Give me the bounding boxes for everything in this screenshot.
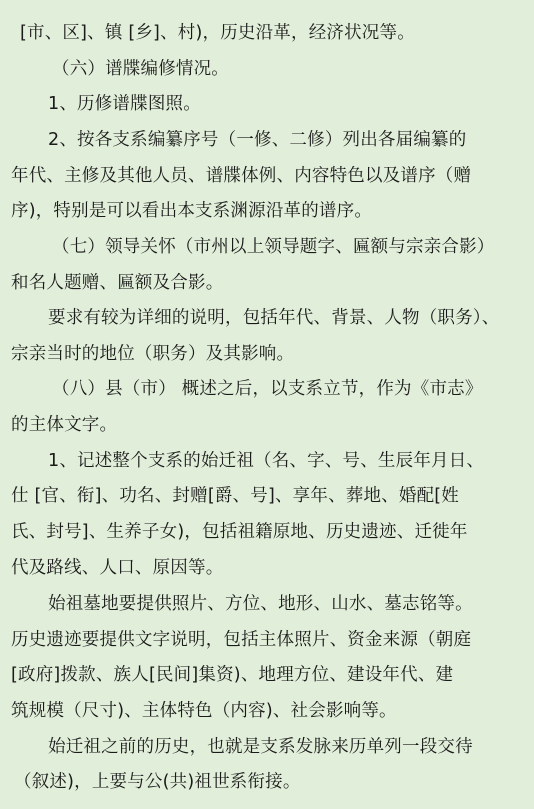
text-line: 代及路线、人口、原因等。 xyxy=(11,557,223,579)
document-page: [市、区]、镇 [乡]、村)，历史沿革，经济状况等。 （六）谱牒编修情况。 1、… xyxy=(0,0,534,809)
text-line: 仕 [官、衔]、功名、封赠[爵、号]、享年、葬地、婚配[姓 xyxy=(11,485,459,507)
section-heading-7: （七）领导关怀（市州以上领导题字、匾额与宗亲合影） xyxy=(52,236,495,258)
paragraph-line: 始迁祖之前的历史，也就是支系发脉来历单列一段交待 xyxy=(48,736,473,758)
text-line: 年代、主修及其他人员、谱牒体例、内容特色以及谱序（赠 xyxy=(11,165,471,187)
text-line: 和名人题赠、匾额及合影。 xyxy=(11,272,223,294)
paragraph-line: 要求有较为详细的说明，包括年代、背景、人物（职务）、 xyxy=(48,307,499,329)
list-item: 1、记述整个支系的始迁祖（名、字、号、生辰年月日、 xyxy=(48,450,484,472)
text-line: 筑规模（尺寸)、主体特色（内容)、社会影响等。 xyxy=(11,700,397,722)
text-line: 的主体文字。 xyxy=(11,414,117,436)
section-heading-6: （六）谱牒编修情况。 xyxy=(52,58,229,80)
section-heading-8: （八）县（市） 概述之后，以支系立节，作为《市志》 xyxy=(52,378,483,400)
text-line: 历史遗迹要提供文字说明，包括主体照片、资金来源（朝庭 xyxy=(11,629,471,651)
text-line: 序)，特别是可以看出本支系渊源沿革的谱序。 xyxy=(11,200,372,222)
text-line: [市、区]、镇 [乡]、村)，历史沿革，经济状况等。 xyxy=(20,22,415,44)
paragraph-line: 始祖墓地要提供照片、方位、地形、山水、墓志铭等。 xyxy=(48,593,473,615)
text-line: （叙述)，上要与公(共)祖世系衔接。 xyxy=(14,771,301,793)
text-line: 宗亲当时的地位（职务）及其影响。 xyxy=(11,343,294,365)
text-line: 氏、封号]、生养子女)，包括祖籍原地、历史遗迹、迁徙年 xyxy=(11,521,468,543)
list-item: 1、历修谱牒图照。 xyxy=(48,93,201,115)
text-line: [政府]拨款、族人[民间]集资)、地理方位、建设年代、建 xyxy=(11,664,453,686)
list-item: 2、按各支系编纂序号（一修、二修）列出各届编纂的 xyxy=(48,129,466,151)
